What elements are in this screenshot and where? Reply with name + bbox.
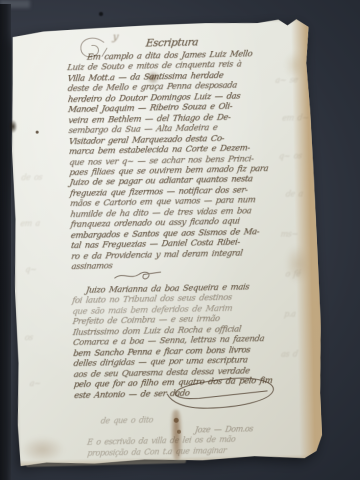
- signature-paraph-flourish: [165, 374, 278, 416]
- ghost-mark: o fé: [285, 269, 301, 278]
- manuscript-page: a~ seem d~q~ osde ams~o fép.aas dde osem…: [7, 17, 324, 467]
- edge-ink-blot: [9, 120, 17, 133]
- ghost-mark: q~ os: [278, 151, 302, 161]
- ghost-mark: as d: [280, 349, 298, 358]
- ghost-mark: em d~: [282, 113, 309, 123]
- heading-text: Escriptura: [145, 36, 199, 49]
- manuscript-photo: a~ seem d~q~ osde ams~o fép.aas dde osem…: [0, 0, 360, 480]
- ghost-mark: q~: [25, 265, 37, 274]
- ghost-mark: em a: [20, 219, 41, 228]
- ghost-mark: de a: [285, 189, 303, 198]
- ghost-mark: ms~: [280, 229, 298, 238]
- ghost-mark: os: [24, 333, 33, 342]
- ghost-mark: a~ se: [275, 75, 299, 84]
- closing-loop-flourish: [113, 268, 163, 281]
- ghost-mark: p.a: [284, 309, 296, 318]
- background-speck: [99, 12, 103, 16]
- ghost-mark: de os: [21, 173, 43, 182]
- footer-annotations: de que o ditoJoze — Dom.osE o escrivão d…: [86, 413, 253, 459]
- body-paragraph-1: Em camplo a dita dos James Luiz MelloLui…: [66, 49, 269, 273]
- paper-sheet: a~ seem d~q~ osde ams~o fép.aas dde osem…: [7, 17, 324, 467]
- ghost-mark: a~: [29, 379, 41, 388]
